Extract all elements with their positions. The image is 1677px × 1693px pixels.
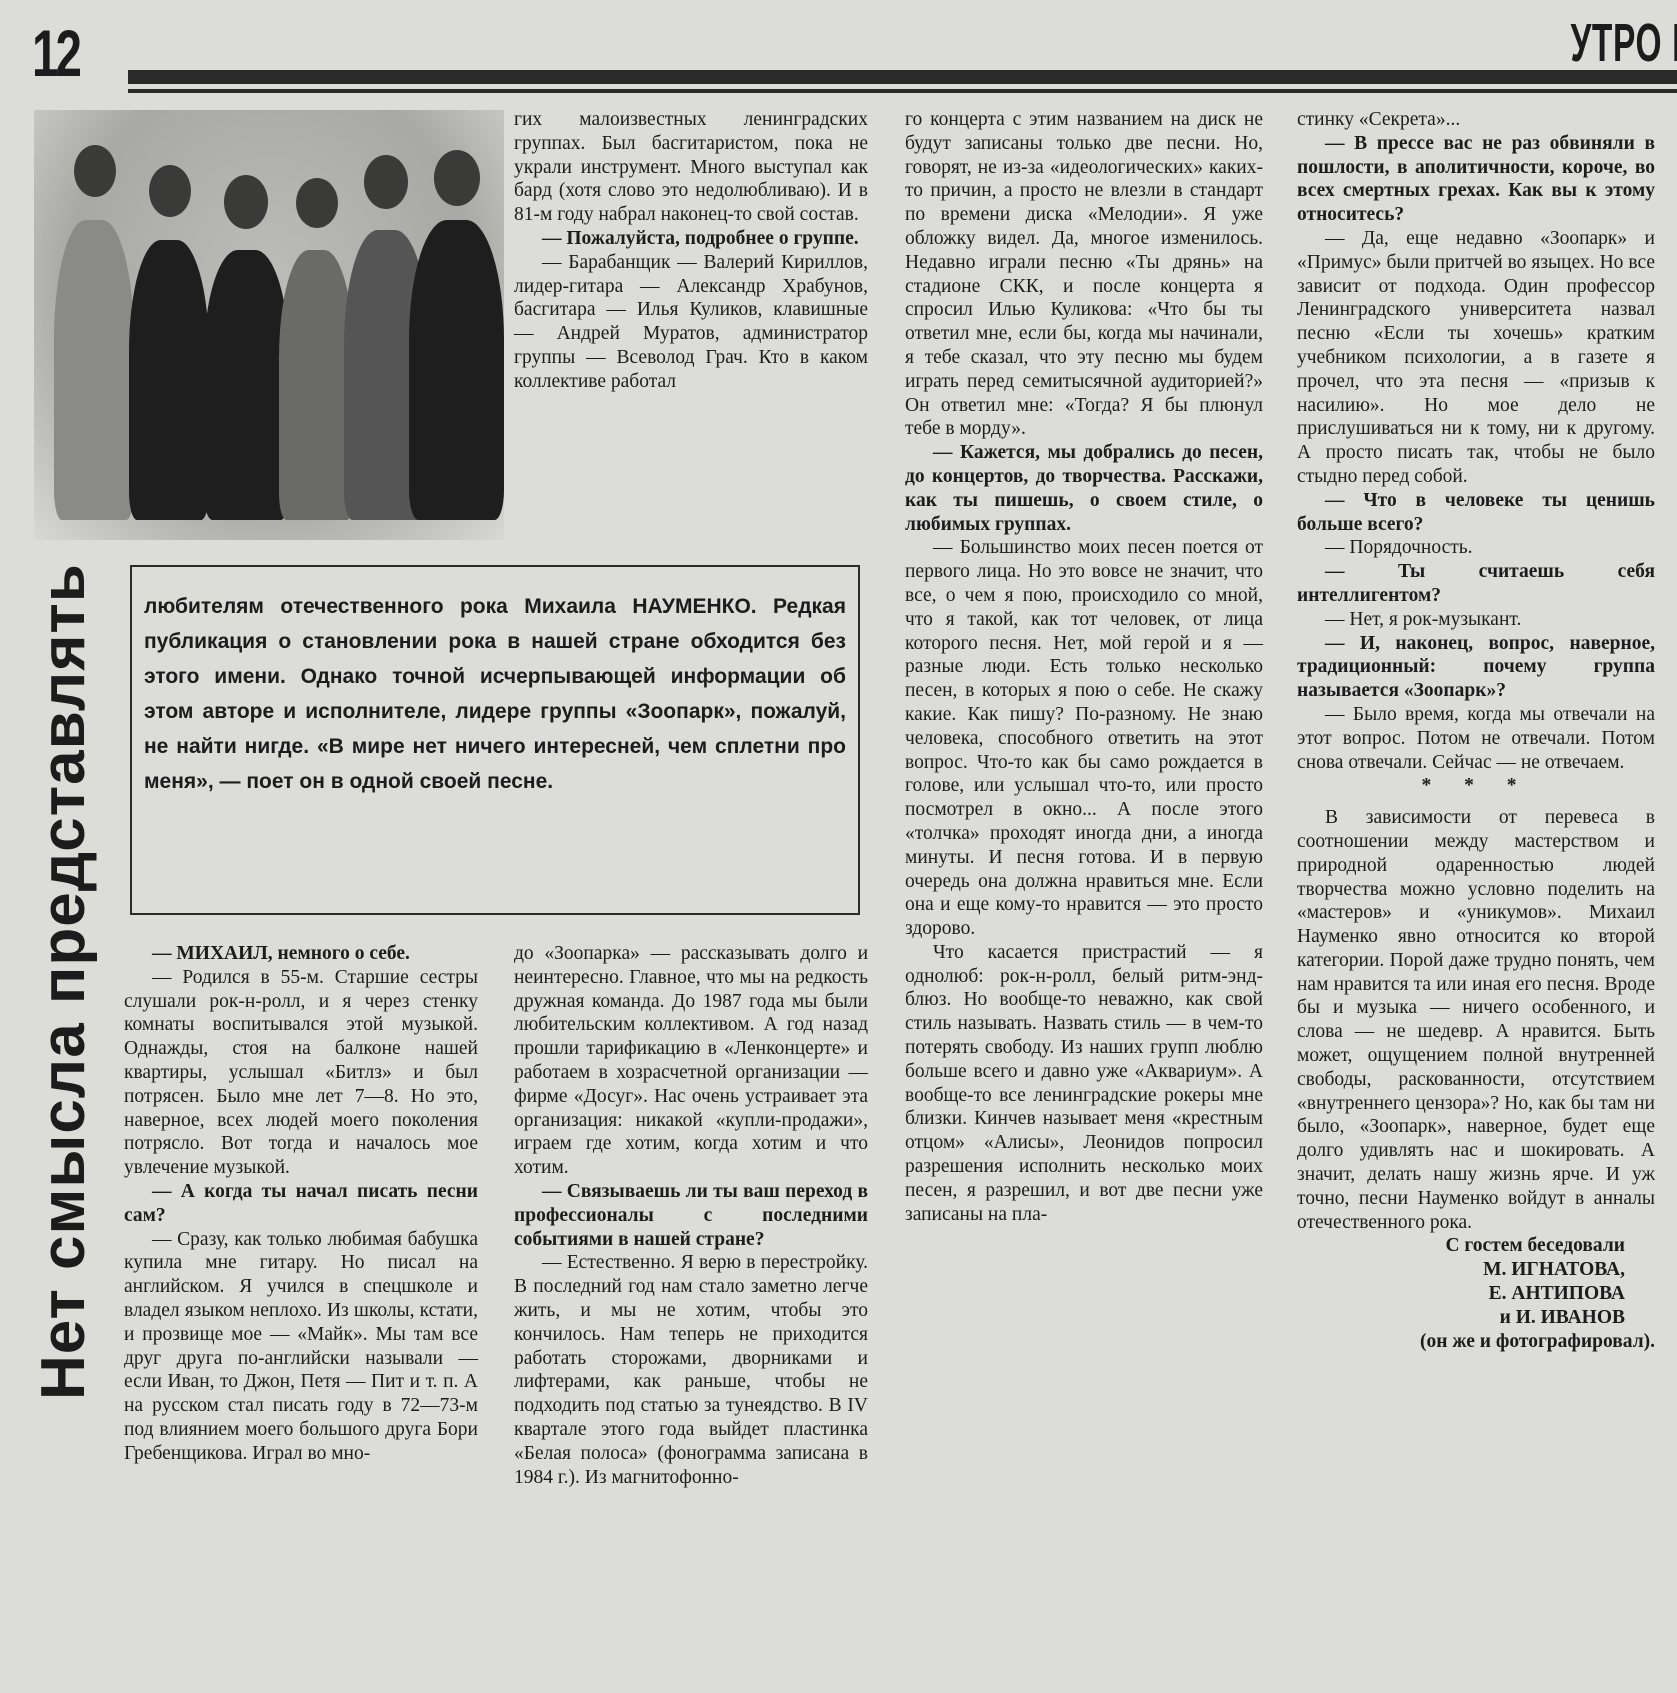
article-title: Нет смысла представлять xyxy=(28,540,108,1400)
column-2-top: гих малоизвестных ленинградских группах.… xyxy=(514,108,868,394)
question: — И, наконец, вопрос, наверное, традицио… xyxy=(1297,632,1655,703)
column-2-bottom: до «Зоопарка» — рассказывать долго и неи… xyxy=(514,942,868,1489)
question: — В прессе вас не раз обвиняли в пошлост… xyxy=(1297,132,1655,227)
question: — Ты считаешь себя интеллигентом? xyxy=(1297,560,1655,608)
answer: — Барабанщик — Валерий Кириллов, лидер-г… xyxy=(514,251,868,394)
column-3: го концерта с этим названием на диск не … xyxy=(905,108,1263,1226)
person-head xyxy=(224,175,268,229)
signature-note: (он же и фотографировал). xyxy=(1297,1330,1655,1354)
person-figure xyxy=(129,240,209,520)
paragraph: до «Зоопарка» — рассказывать долго и неи… xyxy=(514,942,868,1180)
person-head xyxy=(296,178,338,228)
header-rule-thick xyxy=(128,70,1677,84)
question: — Кажется, мы добрались до песен, до кон… xyxy=(905,441,1263,536)
section-separator: * * * xyxy=(1297,774,1655,798)
column-4: стинку «Секрета»... — В прессе вас не ра… xyxy=(1297,108,1655,1353)
epilogue: В зависимости от перевеса в соотношении … xyxy=(1297,806,1655,1234)
person-head xyxy=(434,150,480,206)
signature-author: и И. ИВАНОВ xyxy=(1297,1306,1655,1330)
person-figure xyxy=(54,220,134,520)
signature-author: Е. АНТИПОВА xyxy=(1297,1282,1655,1306)
answer: — Большинство моих песен поется от перво… xyxy=(905,536,1263,941)
person-figure xyxy=(279,250,354,520)
question: — МИХАИЛ, немного о себе. xyxy=(124,942,478,966)
answer: — Естественно. Я верю в перестройку. В п… xyxy=(514,1251,868,1489)
page-number: 12 xyxy=(32,20,79,86)
article-lead: любителям отечественного рока Михаила НА… xyxy=(130,565,860,915)
question: — Связываешь ли ты ваш переход в професс… xyxy=(514,1180,868,1251)
column-1: — МИХАИЛ, немного о себе. — Родился в 55… xyxy=(124,942,478,1466)
signature-line: С гостем беседовали xyxy=(1297,1234,1655,1258)
answer: — Нет, я рок-музыкант. xyxy=(1297,608,1655,632)
newspaper-title: УТРО В xyxy=(1571,12,1677,74)
answer: — Родился в 55-м. Старшие сестры слушали… xyxy=(124,966,478,1180)
group-photo xyxy=(34,110,504,540)
person-head xyxy=(149,165,191,217)
signature-author: М. ИГНАТОВА, xyxy=(1297,1258,1655,1282)
question: — Пожалуйста, подробнее о группе. xyxy=(514,227,868,251)
paragraph: гих малоизвестных ленинградских группах.… xyxy=(514,108,868,227)
person-figure xyxy=(409,220,504,520)
answer: Что касается пристрастий — я однолюб: ро… xyxy=(905,941,1263,1227)
answer: — Сразу, как только любимая бабушка купи… xyxy=(124,1228,478,1466)
header-rule-thin xyxy=(128,89,1677,93)
answer: — Да, еще недавно «Зоопарк» и «Примус» б… xyxy=(1297,227,1655,489)
person-head xyxy=(74,145,116,197)
person-figure xyxy=(204,250,289,520)
person-head xyxy=(364,155,408,209)
question: — Что в человеке ты ценишь больше всего? xyxy=(1297,489,1655,537)
question: — А когда ты начал писать песни сам? xyxy=(124,1180,478,1228)
answer: — Было время, когда мы отвечали на этот … xyxy=(1297,703,1655,774)
answer: — Порядочность. xyxy=(1297,536,1655,560)
paragraph: стинку «Секрета»... xyxy=(1297,108,1655,132)
paragraph: го концерта с этим названием на диск не … xyxy=(905,108,1263,441)
